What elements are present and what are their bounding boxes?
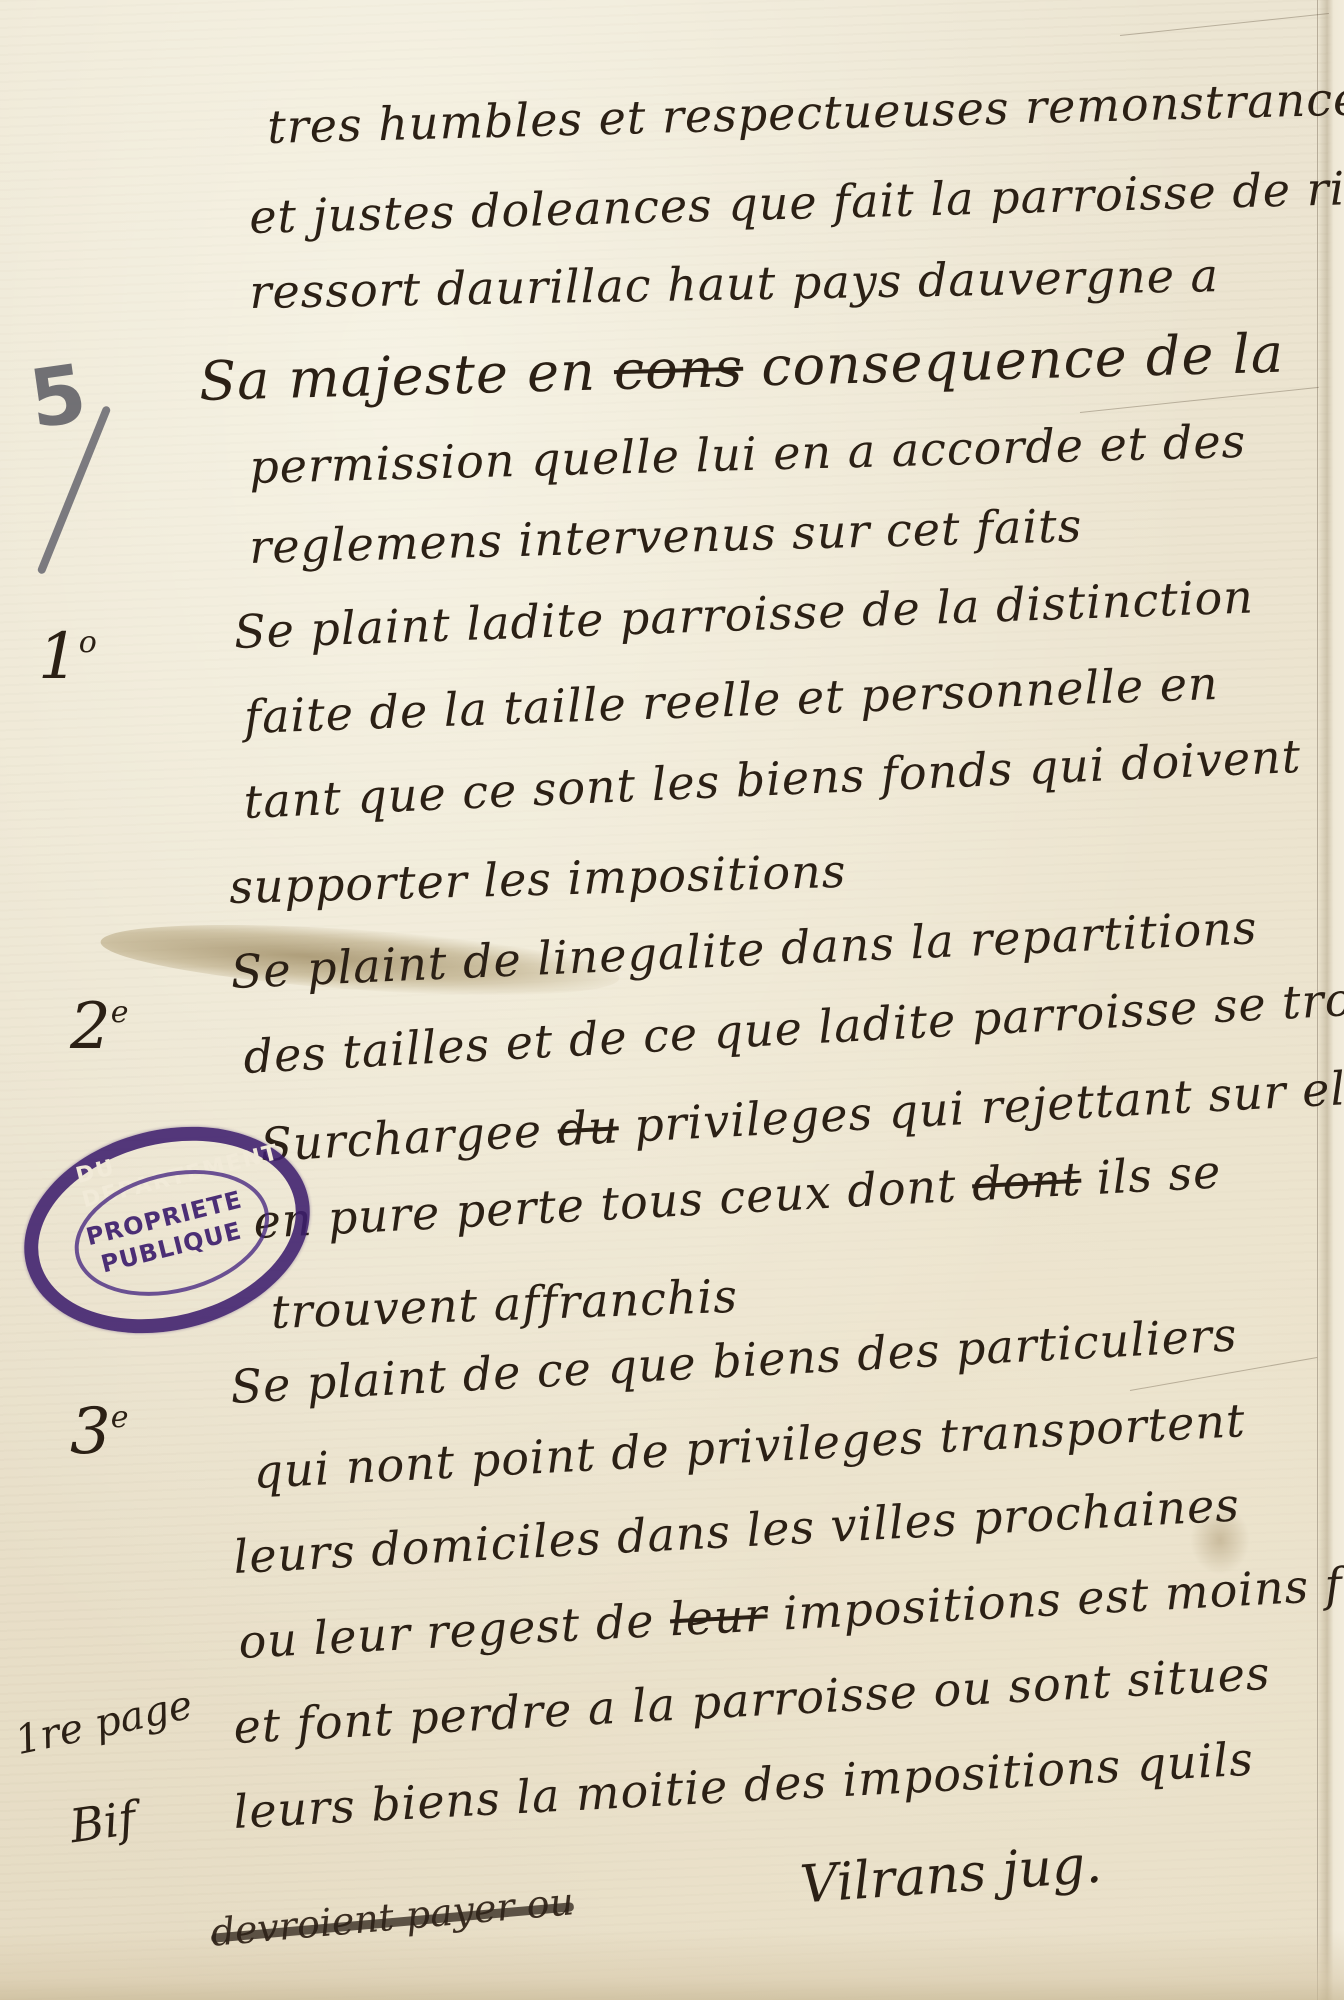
ruled-line [1120, 13, 1329, 36]
struck-word: cons [613, 336, 744, 402]
manuscript-line-21: leurs biens la moitie des impositions qu… [232, 1732, 1255, 1839]
margin-item-3: 3e [70, 1395, 128, 1469]
margin-item-2: 2e [70, 990, 128, 1064]
manuscript-line-7: Se plaint ladite parroisse de la distinc… [233, 569, 1255, 659]
margin-item-3-number: 3 [70, 1395, 111, 1469]
margin-item-1: 1o [38, 620, 97, 694]
line-14-prefix: en pure perte tous ceux dont [252, 1157, 973, 1249]
struck-word: du [556, 1099, 620, 1156]
manuscript-line-10: supporter les impositions [229, 844, 847, 914]
line-19-suffix: impositions est moins fort [766, 1553, 1344, 1641]
manuscript-line-1: tres humbles et respectueuses remonstran… [267, 71, 1344, 154]
struck-word: leur [669, 1587, 769, 1646]
margin-item-1-suffix: o [79, 625, 97, 660]
manuscript-line-8: faite de la taille reelle et personnelle… [243, 656, 1219, 744]
manuscript-line-17: qui nont point de privileges transporten… [252, 1393, 1247, 1499]
margin-page-note-text: 1re page [11, 1682, 196, 1764]
line-13-suffix: privileges qui rejettant sur elle [617, 1059, 1344, 1153]
margin-page-note-extra-text: Bif [67, 1791, 139, 1854]
margin-page-note-extra: Bif [67, 1791, 139, 1854]
manuscript-line-15: trouvent affranchis [270, 1269, 739, 1339]
margin-item-2-suffix: e [111, 995, 129, 1030]
manuscript-line-5: permission quelle lui en a accorde et de… [249, 414, 1247, 494]
margin-item-3-suffix: e [111, 1400, 129, 1435]
line-4-suffix: consequence de la [742, 322, 1284, 399]
struck-word: dont [971, 1152, 1083, 1212]
line-13-prefix: Surchargee [259, 1103, 559, 1172]
manuscript-line-6: reglemens intervenus sur cet faits [249, 498, 1083, 574]
manuscript-page: 5 tres humbles et respectueuses remonstr… [0, 0, 1344, 2000]
manuscript-line-9: tant que ce sont les biens fonds qui doi… [243, 729, 1303, 829]
line-4-prefix: Sa majeste en [198, 339, 614, 413]
page-bottom-edge [0, 1930, 1344, 2000]
manuscript-line-4: Sa majeste en cons consequence de la [198, 322, 1284, 413]
line-14-suffix: ils se [1080, 1144, 1223, 1205]
pencil-folio-number: 5 [24, 347, 92, 447]
line-19-prefix: ou leur regest de [237, 1592, 671, 1669]
manuscript-line-2: et justes doleances que fait la parroiss… [249, 159, 1344, 244]
margin-item-1-number: 1 [38, 620, 79, 694]
manuscript-line-3: ressort daurillac haut pays dauvergne a [249, 248, 1219, 319]
margin-page-note: 1re page [11, 1682, 196, 1764]
ruled-line [1080, 387, 1319, 413]
manuscript-line-18: leurs domiciles dans les villes prochain… [232, 1477, 1241, 1584]
margin-item-2-number: 2 [70, 990, 111, 1064]
signature: Vilrans jug. [798, 1835, 1103, 1916]
